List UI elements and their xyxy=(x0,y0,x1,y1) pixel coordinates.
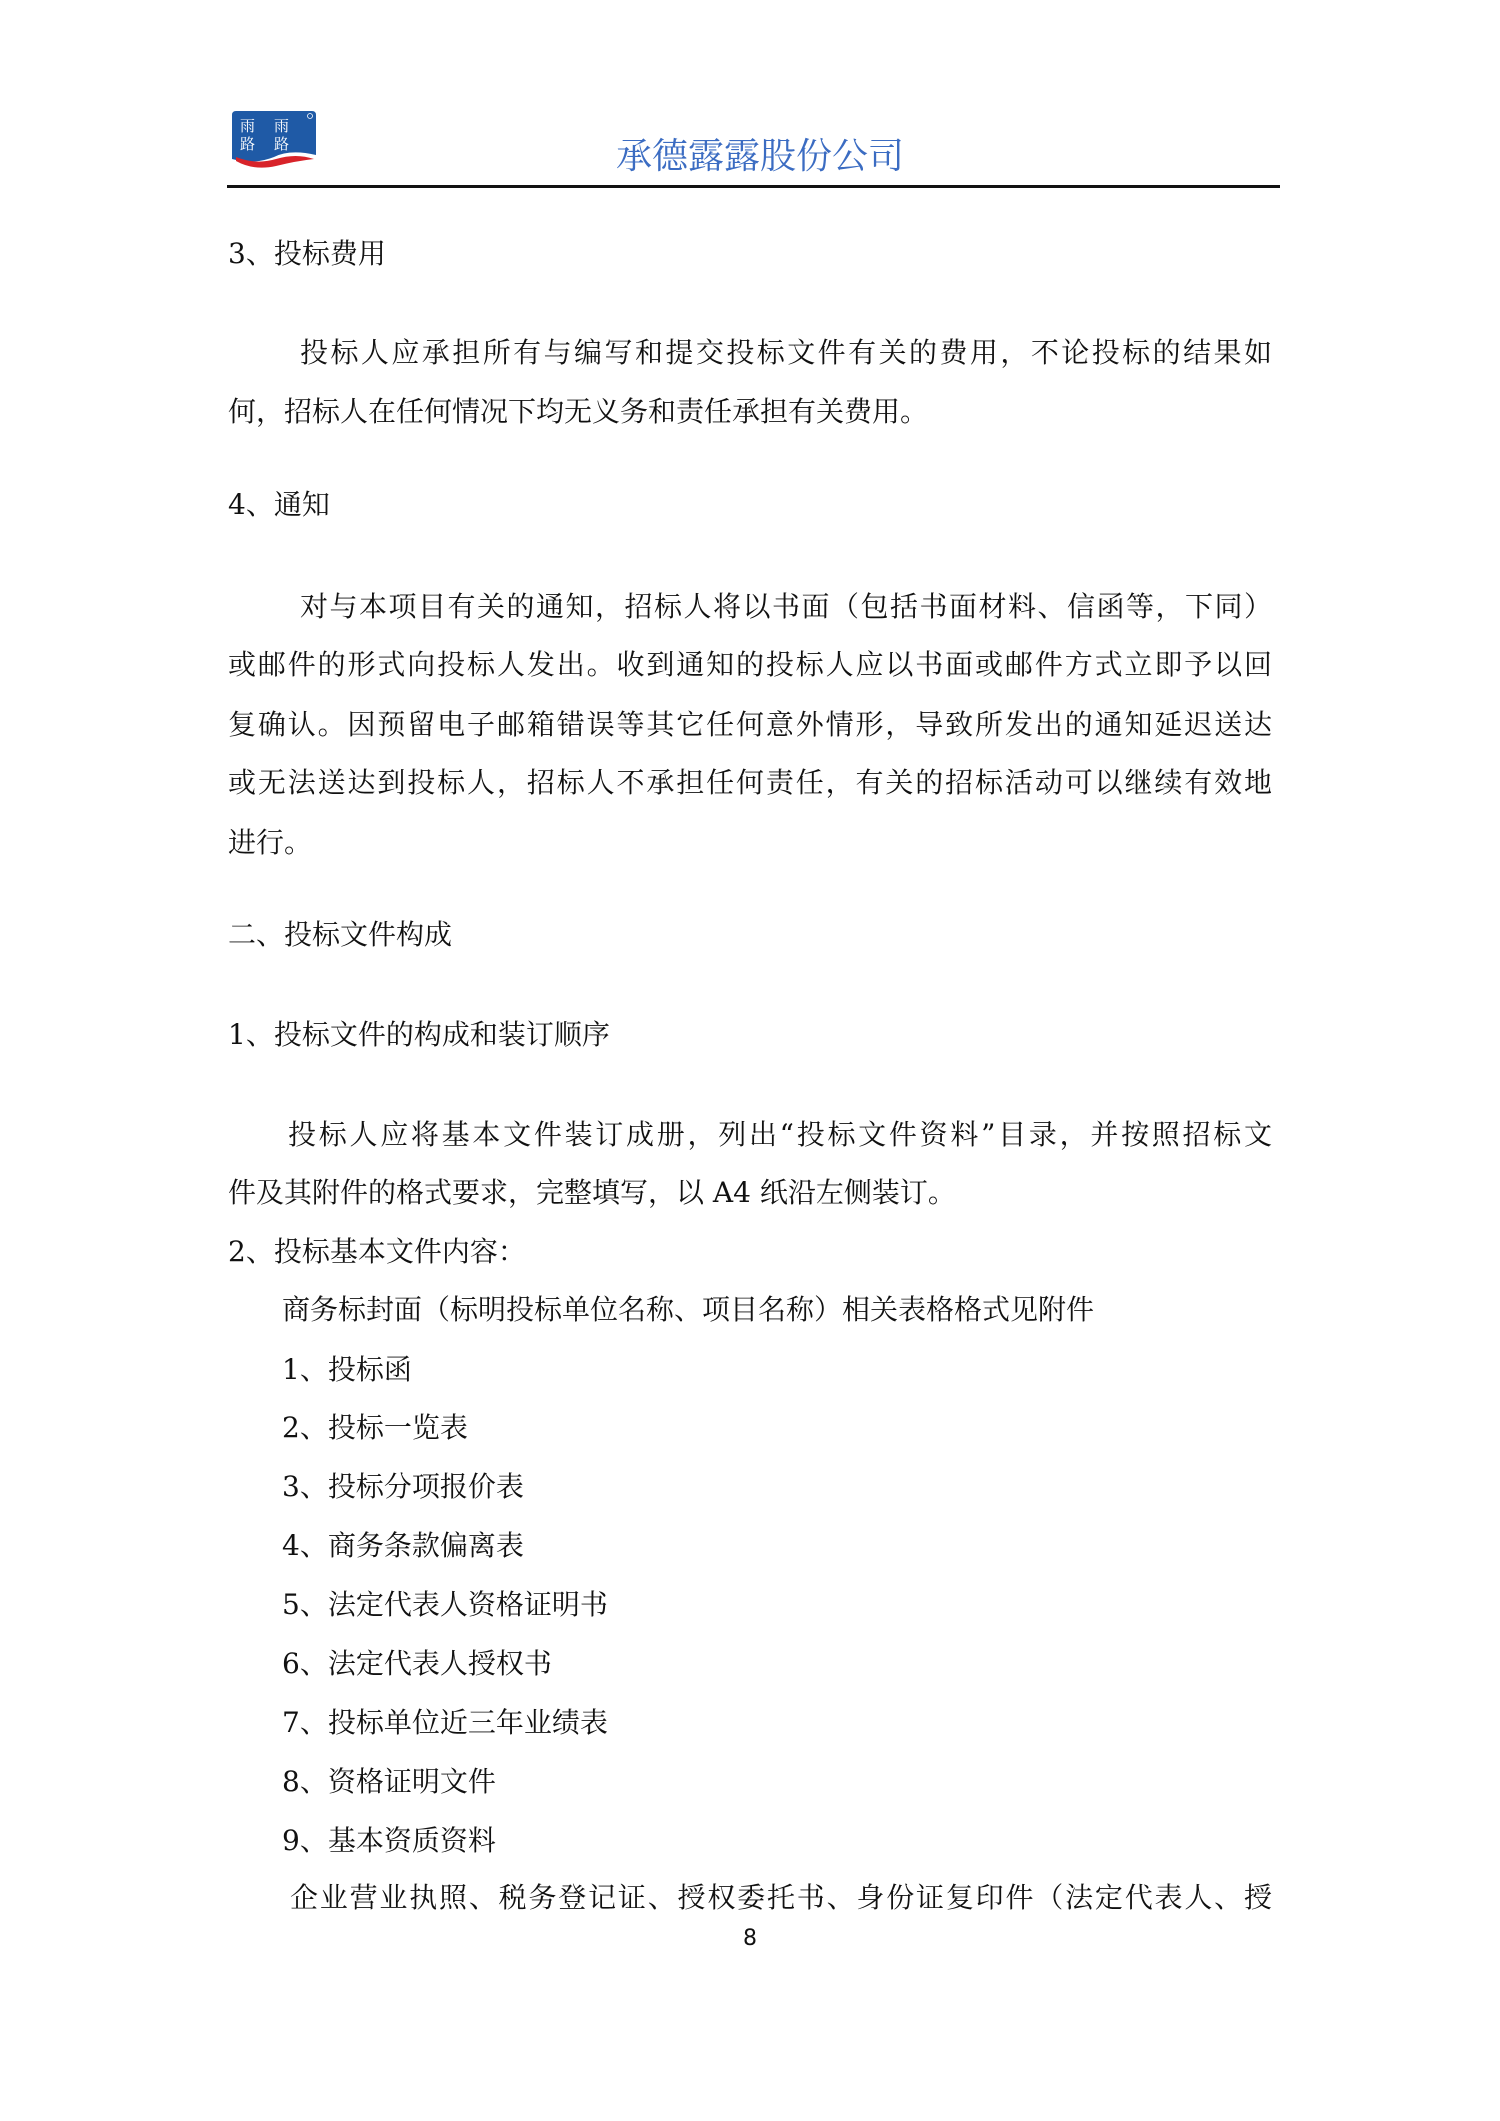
company-logo-icon: 雨 雨 路 路 xyxy=(230,109,317,169)
section-heading-bid-costs: 3、投标费用 xyxy=(228,234,1272,274)
paragraph-line: 或邮件的形式向投标人发出。收到通知的投标人应以书面或邮件方式立即予以回 xyxy=(228,645,1272,685)
document-page: 雨 雨 路 路 承德露露股份公司 3、投标费用 投标人应承担所有与编写和提交投标… xyxy=(0,0,1500,2121)
list-item: 4、商务条款偏离表 xyxy=(282,1526,1326,1566)
list-item: 8、资格证明文件 xyxy=(282,1762,1326,1802)
subsection-heading-basic-contents: 2、投标基本文件内容： xyxy=(228,1232,1272,1272)
page-number: 8 xyxy=(730,1924,770,1954)
svg-text:路: 路 xyxy=(274,135,289,153)
paragraph-line: 进行。 xyxy=(228,823,1272,863)
header-divider xyxy=(227,185,1280,188)
svg-text:雨: 雨 xyxy=(240,117,255,135)
list-item: 1、投标函 xyxy=(282,1350,1326,1390)
list-item: 9、基本资质资料 xyxy=(282,1821,1326,1861)
paragraph-line: 对与本项目有关的通知，招标人将以书面（包括书面材料、信函等，下同） xyxy=(300,587,1272,627)
paragraph-line: 投标人应承担所有与编写和提交投标文件有关的费用，不论投标的结果如 xyxy=(300,333,1272,373)
paragraph-line: 何，招标人在任何情况下均无义务和责任承担有关费用。 xyxy=(228,392,1272,432)
list-item: 2、投标一览表 xyxy=(282,1408,1326,1448)
paragraph-line: 企业营业执照、税务登记证、授权委托书、身份证复印件（法定代表人、授 xyxy=(290,1878,1272,1918)
list-item: 6、法定代表人授权书 xyxy=(282,1644,1326,1684)
paragraph-line: 投标人应将基本文件装订成册，列出“投标文件资料”目录，并按照招标文 xyxy=(288,1115,1272,1155)
company-name-title: 承德露露股份公司 xyxy=(560,133,960,181)
list-item: 5、法定代表人资格证明书 xyxy=(282,1585,1326,1625)
list-item: 3、投标分项报价表 xyxy=(282,1467,1326,1507)
paragraph-line: 件及其附件的格式要求，完整填写，以 A4 纸沿左侧装订。 xyxy=(228,1173,1272,1213)
part-heading-bid-documents: 二、投标文件构成 xyxy=(228,915,1272,955)
svg-text:雨: 雨 xyxy=(274,117,289,135)
section-heading-notice: 4、通知 xyxy=(228,485,1272,525)
paragraph-line: 或无法送达到投标人，招标人不承担任何责任，有关的招标活动可以继续有效地 xyxy=(228,763,1272,803)
paragraph-line: 复确认。因预留电子邮箱错误等其它任何意外情形，导致所发出的通知延迟送达 xyxy=(228,705,1272,745)
list-item: 7、投标单位近三年业绩表 xyxy=(282,1703,1326,1743)
contents-intro: 商务标封面（标明投标单位名称、项目名称）相关表格格式见附件 xyxy=(282,1290,1326,1330)
svg-text:路: 路 xyxy=(240,135,255,153)
subsection-heading-binding-order: 1、投标文件的构成和装订顺序 xyxy=(228,1015,1272,1055)
